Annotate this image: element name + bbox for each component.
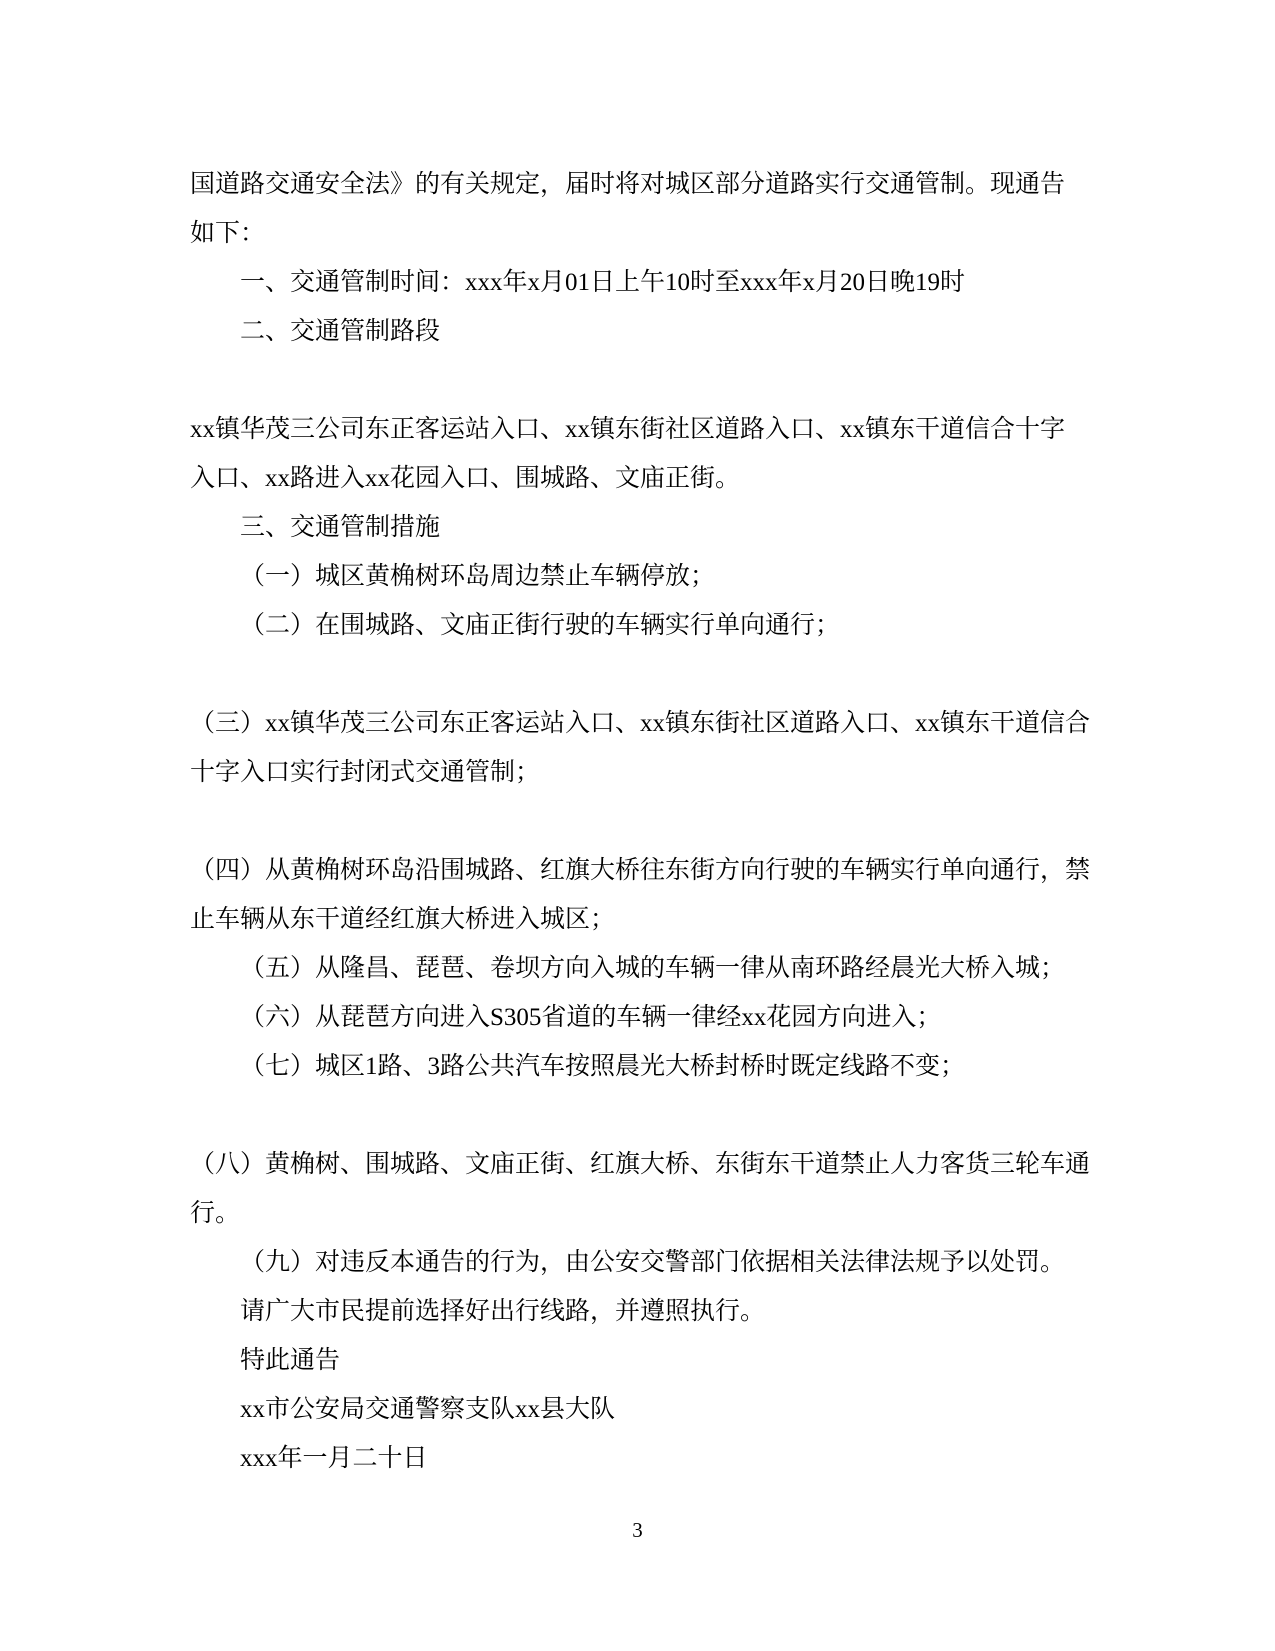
text-line: 如下： <box>190 209 1095 258</box>
text-line: 一、交通管制时间：xxx年x月01日上午10时至xxx年x月20日晚19时 <box>190 258 1095 307</box>
text-line: 国道路交通安全法》的有关规定，届时将对城区部分道路实行交通管制。现通告 <box>190 160 1095 209</box>
text-line: （三）xx镇华茂三公司东正客运站入口、xx镇东街社区道路入口、xx镇东干道信合 <box>190 699 1095 748</box>
blank-line <box>190 797 1095 846</box>
text-line: 请广大市民提前选择好出行线路，并遵照执行。 <box>190 1287 1095 1336</box>
text-line: （一）城区黄桷树环岛周边禁止车辆停放； <box>190 552 1095 601</box>
text-line: （七）城区1路、3路公共汽车按照晨光大桥封桥时既定线路不变； <box>190 1042 1095 1091</box>
text-line: （九）对违反本通告的行为，由公安交警部门依据相关法律法规予以处罚。 <box>190 1238 1095 1287</box>
text-line: 十字入口实行封闭式交通管制； <box>190 748 1095 797</box>
blank-line <box>190 356 1095 405</box>
text-line: xx市公安局交通警察支队xx县大队 <box>190 1385 1095 1434</box>
document-page: 国道路交通安全法》的有关规定，届时将对城区部分道路实行交通管制。现通告 如下： … <box>0 0 1275 1651</box>
text-line: 二、交通管制路段 <box>190 307 1095 356</box>
text-line: 入口、xx路进入xx花园入口、围城路、文庙正街。 <box>190 454 1095 503</box>
text-line: （五）从隆昌、琵琶、卷坝方向入城的车辆一律从南环路经晨光大桥入城； <box>190 944 1095 993</box>
blank-line <box>190 1091 1095 1140</box>
text-line: 特此通告 <box>190 1336 1095 1385</box>
text-line: （六）从琵琶方向进入S305省道的车辆一律经xx花园方向进入； <box>190 993 1095 1042</box>
text-line: 止车辆从东干道经红旗大桥进入城区； <box>190 895 1095 944</box>
text-line: （八）黄桷树、围城路、文庙正街、红旗大桥、东街东干道禁止人力客货三轮车通 <box>190 1140 1095 1189</box>
text-line: 三、交通管制措施 <box>190 503 1095 552</box>
text-line: xxx年一月二十日 <box>190 1434 1095 1483</box>
text-line: （二）在围城路、文庙正街行驶的车辆实行单向通行； <box>190 601 1095 650</box>
page-number: 3 <box>0 1516 1275 1544</box>
text-line: 行。 <box>190 1189 1095 1238</box>
blank-line <box>190 650 1095 699</box>
document-body: 国道路交通安全法》的有关规定，届时将对城区部分道路实行交通管制。现通告 如下： … <box>190 160 1095 1483</box>
text-line: （四）从黄桷树环岛沿围城路、红旗大桥往东街方向行驶的车辆实行单向通行，禁 <box>190 846 1095 895</box>
text-line: xx镇华茂三公司东正客运站入口、xx镇东街社区道路入口、xx镇东干道信合十字 <box>190 405 1095 454</box>
